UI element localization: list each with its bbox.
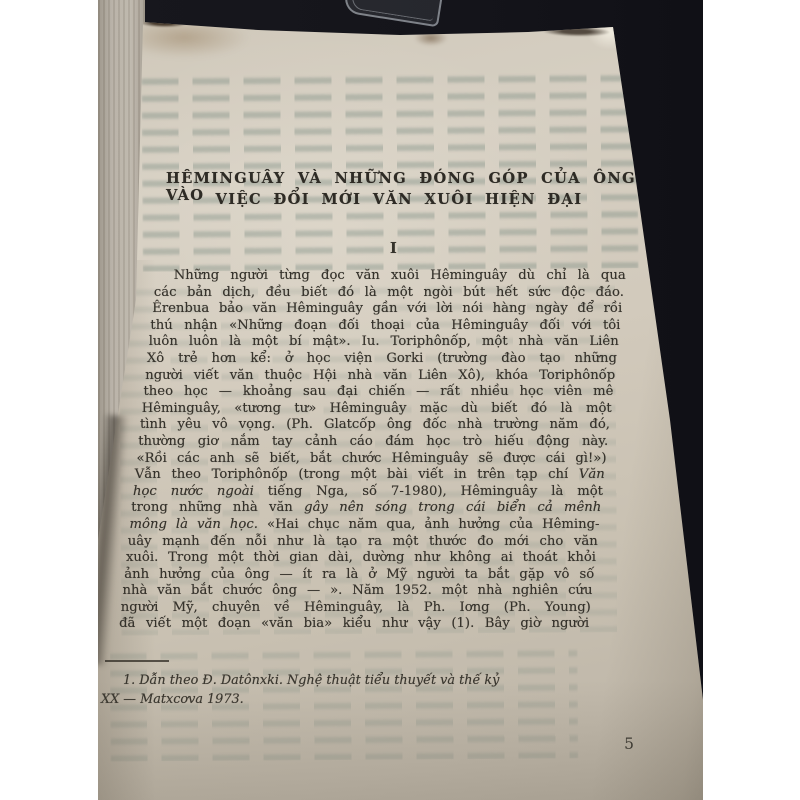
body-text: Những người từng đọc văn xuôi Hêminguây … [167,268,637,633]
body-line: học nước ngoài tiếng Nga, số 7-1980), Hê… [133,484,603,501]
body-line: Vẫn theo Toriphônốp (trong một bài viết … [135,467,605,484]
body-line: mông là văn học. «Hai chục năm qua, ảnh … [130,517,600,534]
body-line: ảnh hưởng của ông — ít ra là ở Mỹ người … [124,567,594,584]
body-line: người Mỹ, chuyên về Hêminguây, là Ph. Iơ… [121,600,591,617]
body-line: các bản dịch, đều biết đó là một ngòi bú… [154,285,624,302]
body-line: đã viết một đoạn «văn bia» kiểu như vậy … [119,616,589,633]
printed-content: HÊMINGUÂY VÀ NHỮNG ĐÓNG GÓP CỦA ÔNG VÀO … [167,160,637,780]
body-line: Hêminguây, «tương tư» Hêminguây mặc dù b… [142,401,612,418]
body-line: xuôi. Trong một thời gian dài, dường như… [126,550,596,567]
page-title-line-2: VIỆC ĐỔI MỚI VĂN XUÔI HIỆN ĐẠI [164,191,634,208]
body-line: Những người từng đọc văn xuôi Hêminguây … [156,268,626,285]
plastic-clip-highlight [351,0,437,21]
plastic-clip [343,0,443,27]
paper-stain [140,24,250,58]
white-canvas: { "photo": { "description_label": "book … [0,0,800,800]
body-line: trong những nhà văn gây nên sóng trong c… [131,500,601,517]
body-line: thường giơ nắm tay cảnh cáo đám học trò … [138,434,608,451]
paper-stain [414,30,448,46]
body-line: Êrenbua bảo văn Hêminguây gần với lời nó… [152,301,622,318]
book-photo: HÊMINGUÂY VÀ NHỮNG ĐÓNG GÓP CỦA ÔNG VÀO … [98,0,703,800]
body-line: tình yêu vô vọng. (Ph. Glatcốp ông đốc n… [140,417,610,434]
body-line: nhà văn bắt chước ông — ». Năm 1952. một… [123,583,593,600]
body-line: uây mạnh đến nỗi như là tạo ra một thước… [128,534,598,551]
body-line: thú nhận «Những đoạn đối thoại của Hêmin… [150,318,620,335]
body-line: người viết văn thuộc Hội nhà văn Liên Xô… [145,368,615,385]
body-line: «Rồi các anh sẽ biết, bắt chước Hêminguâ… [137,451,607,468]
body-line: Xô trẻ hơn kể: ở học viện Gorki (trường … [147,351,617,368]
footnote-line-2: XX — Matxcơva 1973. [101,691,581,709]
section-marker: I [158,240,628,257]
book-page: HÊMINGUÂY VÀ NHỮNG ĐÓNG GÓP CỦA ÔNG VÀO … [98,0,703,800]
body-line: theo học — khoảng sau đại chiến — rất nh… [144,384,614,401]
page-number: 5 [618,735,640,753]
body-line: luôn luôn là một bí mật». Iu. Toriphônốp… [149,334,619,351]
footnote-line-1: 1. Dẫn theo Đ. Datônxki. Nghệ thuật tiểu… [103,672,583,690]
footnote-rule [105,660,169,662]
